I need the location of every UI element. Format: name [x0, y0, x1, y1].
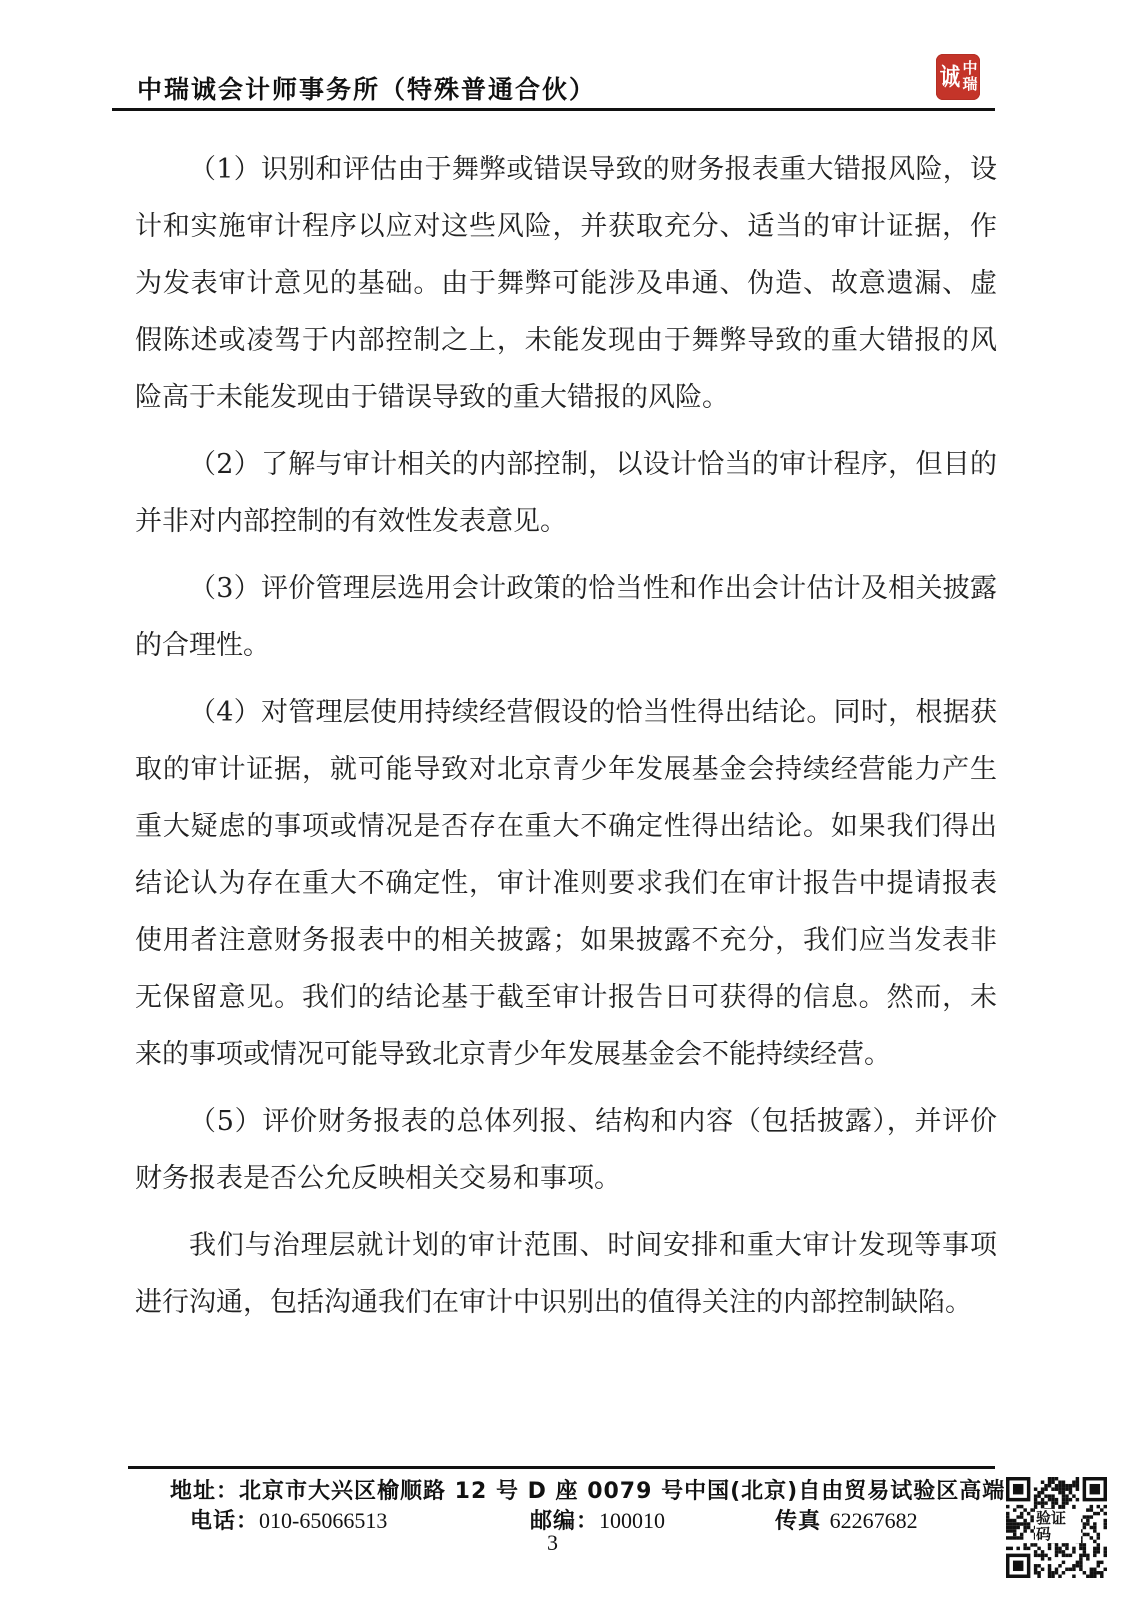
footer-divider [128, 1466, 995, 1469]
header-divider [112, 108, 995, 111]
paragraph-5: （5）评价财务报表的总体列报、结构和内容（包括披露），并评价财务报表是否公允反映… [135, 1093, 997, 1207]
paragraph-1: （1）识别和评估由于舞弊或错误导致的财务报表重大错报风险，设计和实施审计程序以应… [135, 141, 997, 426]
seal-char-bottom: 瑞 [962, 77, 977, 93]
paragraph-2: （2）了解与审计相关的内部控制，以设计恰当的审计程序，但目的并非对内部控制的有效… [135, 436, 997, 550]
footer-address-row: 地址：北京市大兴区榆顺路 12 号 D 座 0079 号中国(北京)自由贸易试验… [170, 1474, 980, 1505]
paragraph-6: 我们与治理层就计划的审计范围、时间安排和重大审计发现等事项进行沟通，包括沟通我们… [135, 1217, 997, 1331]
paragraph-3: （3）评价管理层选用会计政策的恰当性和作出会计估计及相关披露的合理性。 [135, 560, 997, 674]
qr-label: 验证码 [1035, 1509, 1081, 1543]
page-number: 3 [0, 1530, 1105, 1556]
address-value: 北京市大兴区榆顺路 12 号 D 座 0079 号中国(北京)自由贸易试验区高端… [239, 1479, 1097, 1504]
firm-seal-icon: 诚 中 瑞 [936, 54, 980, 100]
firm-name: 中瑞诚会计师事务所（特殊普通合伙） [137, 70, 596, 106]
address-label: 地址： [170, 1479, 239, 1504]
document-page: 中瑞诚会计师事务所（特殊普通合伙） 诚 中 瑞 （1）识别和评估由于舞弊或错误导… [0, 0, 1131, 1600]
seal-char-left: 诚 [940, 65, 960, 89]
document-body: （1）识别和评估由于舞弊或错误导致的财务报表重大错报风险，设计和实施审计程序以应… [135, 141, 997, 1341]
seal-chars-right: 中 瑞 [962, 61, 977, 93]
qr-code: 验证码 [1005, 1477, 1108, 1578]
paragraph-4: （4）对管理层使用持续经营假设的恰当性得出结论。同时，根据获取的审计证据，就可能… [135, 684, 997, 1083]
